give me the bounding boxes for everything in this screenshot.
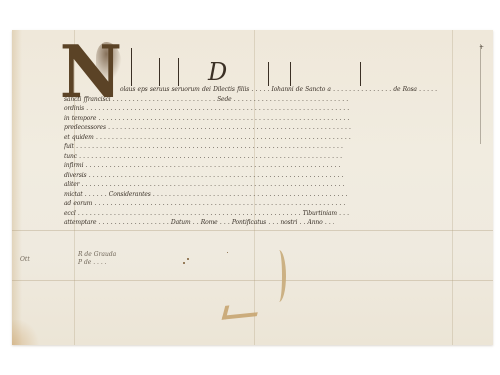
text-line: et quidem . . . . . . . . . . . . . . . … bbox=[64, 133, 479, 143]
parchment-document: N D + olaus eps seruus seruorum dei Dile… bbox=[12, 30, 493, 345]
stain-speck bbox=[227, 252, 228, 253]
ascender-stroke bbox=[131, 48, 132, 86]
right-margin-mark: + bbox=[479, 44, 484, 51]
fold-line bbox=[12, 230, 493, 231]
text-line: tunc . . . . . . . . . . . . . . . . . .… bbox=[64, 152, 479, 162]
ascender-stroke bbox=[360, 62, 361, 86]
text-line: predecessores . . . . . . . . . . . . . … bbox=[64, 123, 479, 133]
edge-stain bbox=[12, 30, 22, 345]
endorsement-line: P de . . . . bbox=[78, 259, 116, 267]
right-margin-rule bbox=[480, 44, 481, 144]
elongated-letter-d: D bbox=[208, 58, 227, 86]
endorsement-notes: R de Grauda P de . . . . bbox=[78, 251, 116, 267]
text-line: fuit . . . . . . . . . . . . . . . . . .… bbox=[64, 142, 479, 152]
text-line: diversis . . . . . . . . . . . . . . . .… bbox=[64, 171, 479, 181]
ascender-stroke bbox=[268, 62, 269, 86]
corner-stain bbox=[12, 320, 42, 345]
text-line: mictat . . . . . . Considerantes . . . .… bbox=[64, 190, 479, 200]
text-line: ordinis . . . . . . . . . . . . . . . . … bbox=[64, 104, 479, 114]
text-line: attemptare . . . . . . . . . . . . . . .… bbox=[64, 218, 334, 228]
ascender-stroke bbox=[159, 58, 160, 86]
text-line: sancti ffrancisci . . . . . . . . . . . … bbox=[64, 95, 479, 105]
fold-line bbox=[12, 280, 493, 281]
text-line: infirmi . . . . . . . . . . . . . . . . … bbox=[64, 161, 479, 171]
stain-speck bbox=[183, 262, 185, 264]
ascender-stroke bbox=[290, 62, 291, 86]
margin-note: Ott bbox=[20, 256, 30, 263]
silk-cord-remnant bbox=[272, 250, 286, 302]
text-line: ad eorum . . . . . . . . . . . . . . . .… bbox=[64, 199, 479, 209]
text-line: in tempore . . . . . . . . . . . . . . .… bbox=[64, 114, 479, 124]
endorsement-line: R de Grauda bbox=[78, 251, 116, 259]
text-line: olaus eps seruus seruorum dei Dilectis f… bbox=[64, 85, 479, 95]
document-text: olaus eps seruus seruorum dei Dilectis f… bbox=[64, 85, 479, 228]
ascender-stroke bbox=[178, 58, 179, 86]
text-line: aliter . . . . . . . . . . . . . . . . .… bbox=[64, 180, 479, 190]
text-line: eccl . . . . . . . . . . . . . . . . . .… bbox=[64, 209, 479, 219]
stain-speck bbox=[187, 258, 189, 260]
